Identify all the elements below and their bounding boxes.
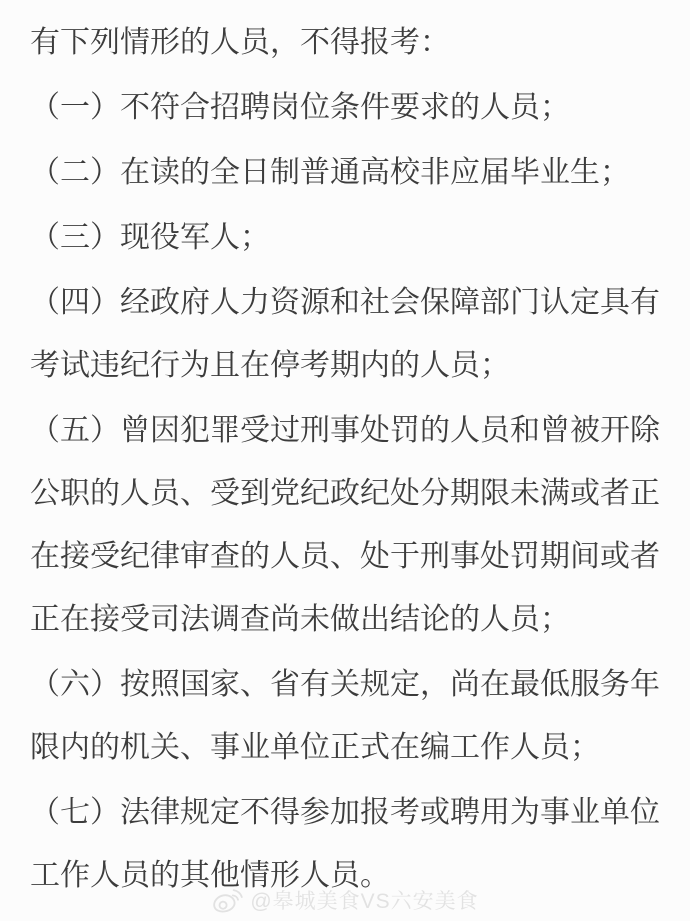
text-line: （七）法律规定不得参加报考或聘用为事业单位 <box>30 781 662 844</box>
document-body: 有下列情形的人员，不得报考： （一）不符合招聘岗位条件要求的人员； （二）在读的… <box>0 0 690 907</box>
text-line: （六）按照国家、省有关规定，尚在最低服务年 <box>30 653 662 716</box>
text-line: 正在接受司法调查尚未做出结论的人员； <box>30 588 662 651</box>
text-line: 在接受纪律审查的人员、处于刑事处罚期间或者 <box>30 525 662 588</box>
clause-paragraph-3: （三）现役军人； <box>30 206 662 269</box>
clause-paragraph-7: （七）法律规定不得参加报考或聘用为事业单位 工作人员的其他情形人员。 <box>30 781 662 907</box>
clause-paragraph-1: （一）不符合招聘岗位条件要求的人员； <box>30 76 662 139</box>
document-page: 有下列情形的人员，不得报考： （一）不符合招聘岗位条件要求的人员； （二）在读的… <box>0 0 690 907</box>
clause-paragraph-6: （六）按照国家、省有关规定，尚在最低服务年 限内的机关、事业单位正式在编工作人员… <box>30 653 662 779</box>
text-line: （三）现役军人； <box>30 206 662 269</box>
text-line: （四）经政府人力资源和社会保障部门认定具有 <box>30 271 662 334</box>
text-line: （二）在读的全日制普通高校非应届毕业生； <box>30 141 662 204</box>
clause-paragraph-5: （五）曾因犯罪受过刑事处罚的人员和曾被开除 公职的人员、受到党纪政纪处分期限未满… <box>30 399 662 651</box>
clause-paragraph-4: （四）经政府人力资源和社会保障部门认定具有 考试违纪行为且在停考期内的人员； <box>30 271 662 397</box>
text-line: （五）曾因犯罪受过刑事处罚的人员和曾被开除 <box>30 399 662 462</box>
text-line: 考试违纪行为且在停考期内的人员； <box>30 334 662 397</box>
clause-paragraph-2: （二）在读的全日制普通高校非应届毕业生； <box>30 141 662 204</box>
text-line: 公职的人员、受到党纪政纪处分期限未满或者正 <box>30 462 662 525</box>
text-line: 工作人员的其他情形人员。 <box>30 844 662 907</box>
text-line: 有下列情形的人员，不得报考： <box>30 11 662 74</box>
intro-paragraph: 有下列情形的人员，不得报考： <box>30 11 662 74</box>
text-line: 限内的机关、事业单位正式在编工作人员； <box>30 716 662 779</box>
text-line: （一）不符合招聘岗位条件要求的人员； <box>30 76 662 139</box>
